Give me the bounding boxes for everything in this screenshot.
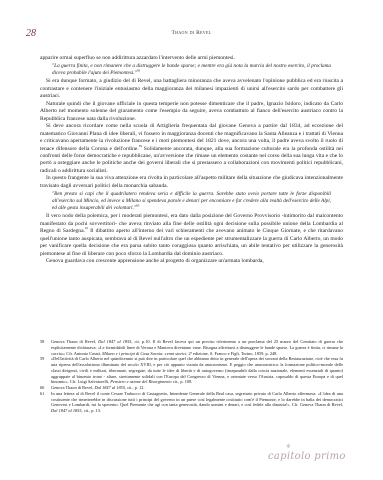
footnote-title: Pensiero e azione del Risorgimento bbox=[110, 379, 171, 384]
block-quote: "La guerra finita, e non rimanere che a … bbox=[40, 63, 343, 77]
footnote: 58 Genova Thaon di Revel, Dal 1847 al 18… bbox=[40, 339, 343, 356]
footnote-text-part: «Dell'attività di Carlo Alberto nel quin… bbox=[51, 356, 343, 384]
paragraph: Si era dunque formato, a giudizio del di… bbox=[40, 78, 343, 100]
quote-text: "Ben presto si capì che il quadrilatero … bbox=[52, 191, 331, 211]
paragraph: Si deve ancora ricordare come nella scuo… bbox=[40, 123, 343, 175]
footnote-title: Milano e i principi di Casa Savoia: cenn… bbox=[102, 351, 186, 356]
footnote-ref[interactable]: 58 bbox=[137, 68, 140, 72]
footnote-ref[interactable]: 60 bbox=[136, 203, 139, 207]
footnote-title: Dal 1847 al 1855 bbox=[51, 408, 82, 413]
footnote-text-part: Genova Thaon di Revel, bbox=[51, 385, 94, 390]
footnote-text-part: , 2ª edizione, S. Franco e Figli, Torino… bbox=[186, 351, 277, 356]
footnote-text-part: Genova Thaon di Revel, bbox=[51, 339, 98, 344]
paragraph: In questo frangente la sua viva attenzio… bbox=[40, 175, 343, 190]
paragraph: apparire ormai superfluo se non addiritt… bbox=[40, 55, 343, 62]
footnote-text: Genova Thaon di Revel, Dal 1847 al 1855,… bbox=[51, 339, 343, 356]
chapter-mark: capitolo primo bbox=[268, 451, 346, 462]
paragraph: Il vero nodo della polemica, per i moder… bbox=[40, 213, 343, 258]
footnote-text-part: cit., p. 108. bbox=[172, 379, 193, 384]
main-text: apparire ormai superfluo se non addiritt… bbox=[40, 55, 343, 265]
footnotes: 58 Genova Thaon di Revel, Dal 1847 al 18… bbox=[40, 339, 343, 414]
footnote: 61 In una lettera al di Revel il conte C… bbox=[40, 391, 343, 414]
running-head: Thaon di Revel bbox=[0, 30, 383, 36]
footnote-number: 61 bbox=[40, 391, 51, 414]
footnote-text-part: In una lettera al di Revel il conte Cesa… bbox=[51, 391, 343, 408]
block-quote: "Ben presto si capì che il quadrilatero … bbox=[40, 191, 343, 212]
footnote-title: Dal 1847 al 1855 bbox=[98, 339, 131, 344]
footnote-number: 59 bbox=[40, 356, 51, 385]
footnote-text-part: , cit., p. 13. bbox=[82, 408, 102, 413]
paragraph: Naturale quindi che il giovane ufficiale… bbox=[40, 101, 343, 123]
ornament-icon: ❦ bbox=[286, 443, 291, 450]
paragraph: Genova guardava con crescente apprension… bbox=[40, 258, 343, 265]
footnote-text: «Dell'attività di Carlo Alberto nel quin… bbox=[51, 356, 343, 385]
paragraph-text: Il dibattito aperto all'interno dei vari… bbox=[40, 228, 343, 256]
footnote-title: Dal 1847 al 1855 bbox=[94, 385, 125, 390]
quote-text: "La guerra finita, e non rimanere che a … bbox=[52, 63, 331, 76]
footnote-text: In una lettera al di Revel il conte Cesa… bbox=[51, 391, 343, 414]
footnote-text-part: , cit., p. 12. bbox=[125, 385, 145, 390]
footnote: 59 «Dell'attività di Carlo Alberto nel q… bbox=[40, 356, 343, 385]
footnote-number: 58 bbox=[40, 339, 51, 356]
